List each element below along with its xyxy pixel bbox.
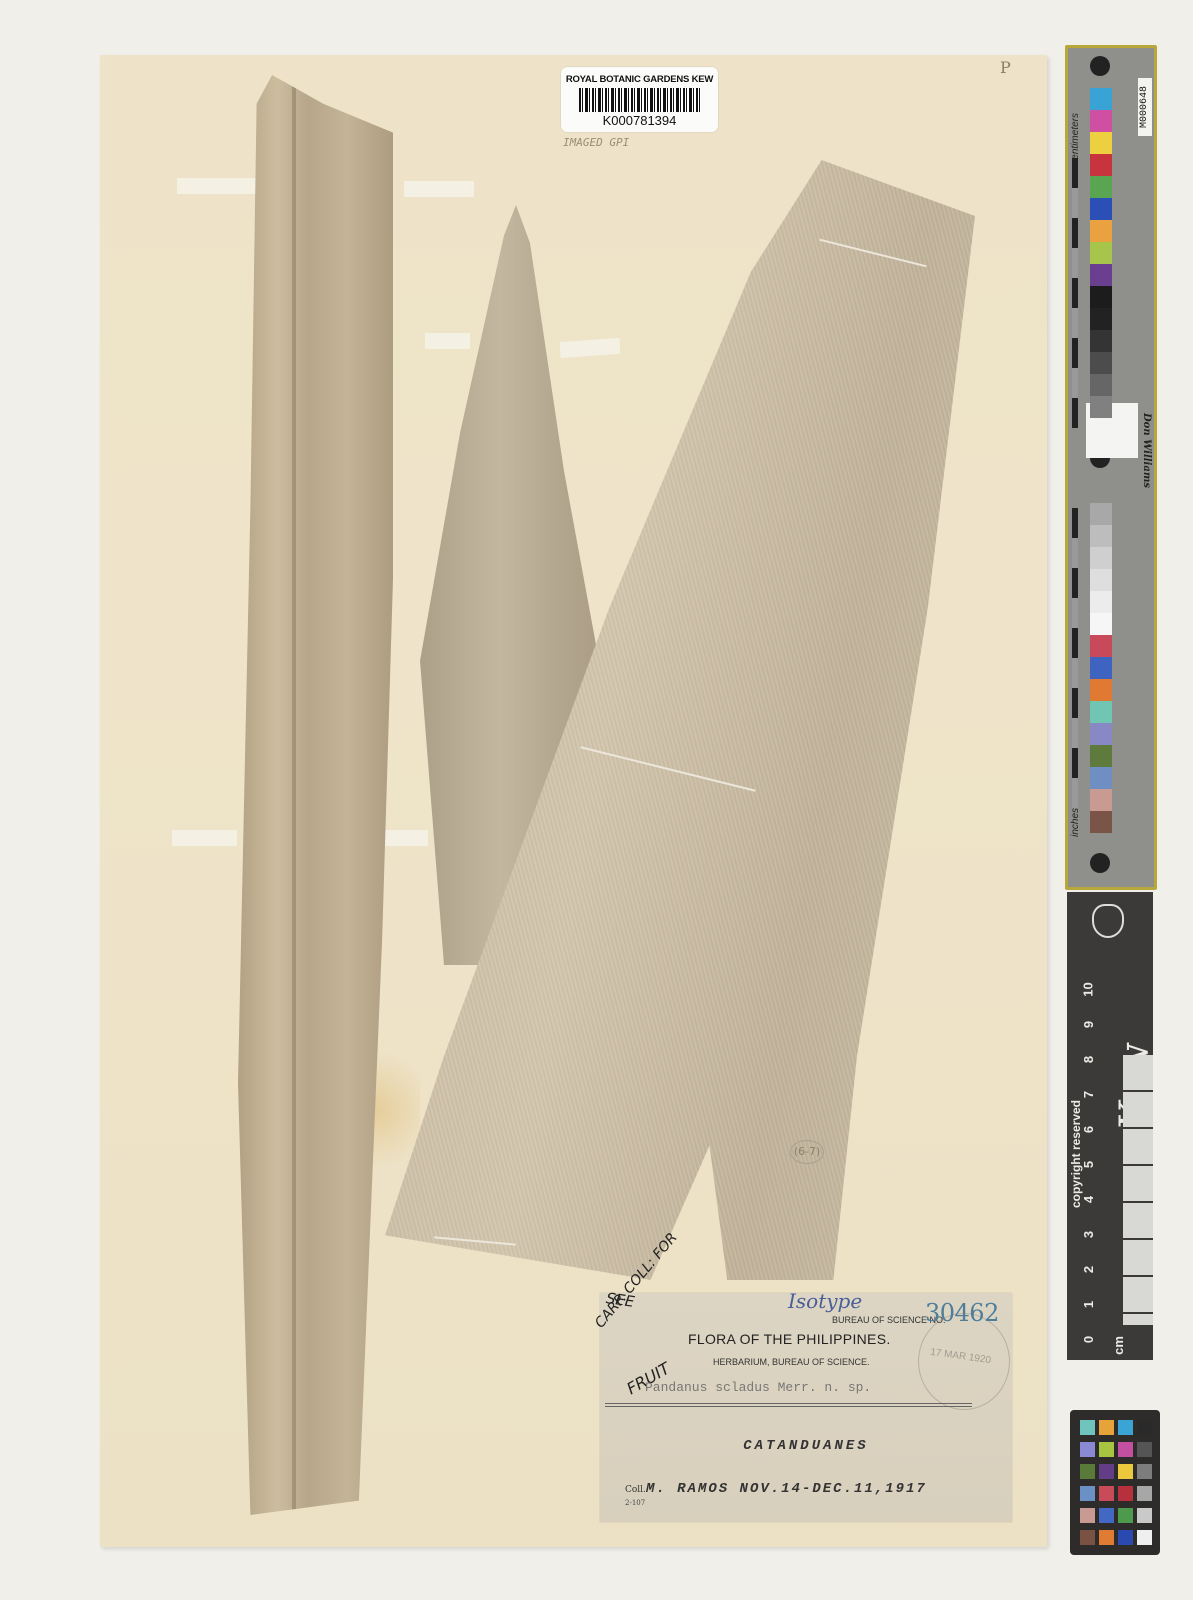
color-patch — [1090, 396, 1112, 418]
copyright-text: copyright reserved — [1069, 1100, 1083, 1208]
mounting-tape — [172, 830, 237, 846]
color-patch — [1090, 701, 1112, 723]
isotype-annotation: Isotype — [788, 1289, 862, 1313]
cm-scale — [1072, 158, 1078, 428]
tick-4: 4 — [1081, 1196, 1096, 1203]
checker-swatch — [1099, 1420, 1114, 1435]
tick-8: 8 — [1081, 1056, 1096, 1063]
color-patch — [1090, 132, 1112, 154]
checker-swatch — [1118, 1464, 1133, 1479]
kew-crest-icon — [1092, 904, 1124, 938]
color-patch — [1090, 569, 1112, 591]
card-hole — [1090, 56, 1110, 76]
color-patch — [1090, 286, 1112, 308]
taxon-name: Pandanus scladus Merr. n. sp. — [645, 1380, 871, 1395]
mini-color-checker — [1070, 1410, 1160, 1555]
tick-1: 1 — [1081, 1301, 1096, 1308]
checker-swatch — [1080, 1442, 1095, 1457]
tick-7: 7 — [1081, 1091, 1096, 1098]
tick-2: 2 — [1081, 1266, 1096, 1273]
color-patch — [1090, 547, 1112, 569]
checker-swatch — [1137, 1442, 1152, 1457]
barcode-label: ROYAL BOTANIC GARDENS KEW K000781394 — [561, 67, 718, 132]
checker-swatch — [1099, 1530, 1114, 1545]
color-patch — [1090, 679, 1112, 701]
specimen-label: 17 MAR 1920 SEE CARP. COLL: FOR FRUIT Is… — [600, 1293, 1012, 1522]
form-number: 2-107 — [625, 1499, 645, 1507]
checker-swatch — [1080, 1420, 1095, 1435]
label-rule — [605, 1403, 972, 1407]
kew-scale-ruler: Kew copyright reserved 0 1 2 3 4 5 6 7 8… — [1067, 892, 1153, 1360]
checker-swatch — [1118, 1486, 1133, 1501]
color-patch — [1090, 198, 1112, 220]
tick-6: 6 — [1081, 1126, 1096, 1133]
scale-blocks — [1123, 1055, 1153, 1325]
color-patch — [1090, 176, 1112, 198]
imaged-note: IMAGED GPI — [563, 136, 629, 149]
collector-and-date: M. RAMOS NOV.14-DEC.11,1917 — [646, 1481, 927, 1497]
checker-swatch — [1137, 1508, 1152, 1523]
color-patch — [1090, 657, 1112, 679]
color-patch — [1090, 88, 1112, 110]
color-patch — [1090, 308, 1112, 330]
color-patch — [1090, 723, 1112, 745]
label-subtitle: HERBARIUM, BUREAU OF SCIENCE. — [713, 1357, 870, 1367]
label-title: FLORA OF THE PHILIPPINES. — [688, 1331, 891, 1347]
tick-3: 3 — [1081, 1231, 1096, 1238]
checker-swatch — [1118, 1442, 1133, 1457]
color-patch — [1090, 503, 1112, 525]
inches-label: inches — [1070, 808, 1081, 837]
card-hole — [1090, 853, 1110, 873]
checker-swatch — [1080, 1464, 1095, 1479]
checker-swatch — [1099, 1508, 1114, 1523]
checker-swatch — [1137, 1464, 1152, 1479]
color-patch — [1090, 264, 1112, 286]
color-calibration-card: centimeters inches M000648 Don Williams — [1065, 45, 1157, 890]
inch-scale — [1072, 508, 1078, 808]
color-patch — [1090, 154, 1112, 176]
tick-9: 9 — [1081, 1021, 1096, 1028]
card-brand: Don Williams — [1141, 413, 1152, 488]
mounting-tape — [380, 830, 428, 846]
checker-swatch — [1080, 1486, 1095, 1501]
checker-swatch — [1137, 1420, 1152, 1435]
tick-10: 10 — [1081, 982, 1096, 996]
accession-number: 30462 — [925, 1299, 999, 1327]
institution-name: ROYAL BOTANIC GARDENS KEW — [561, 74, 718, 85]
color-patch — [1090, 767, 1112, 789]
checker-swatch — [1137, 1486, 1152, 1501]
checker-swatch — [1118, 1530, 1133, 1545]
color-patch — [1090, 635, 1112, 657]
color-patch — [1090, 374, 1112, 396]
tick-5: 5 — [1081, 1161, 1096, 1168]
color-patch — [1090, 110, 1112, 132]
barcode-icon — [579, 88, 701, 112]
checker-swatch — [1118, 1420, 1133, 1435]
color-patch — [1090, 789, 1112, 811]
checker-swatch — [1080, 1530, 1095, 1545]
color-patch — [1090, 242, 1112, 264]
locality: CATANDUANES — [600, 1438, 1012, 1454]
barcode-number: K000781394 — [561, 113, 718, 128]
color-patch — [1090, 745, 1112, 767]
color-patch — [1090, 591, 1112, 613]
checker-swatch — [1118, 1508, 1133, 1523]
collector-prefix: Coll. — [625, 1485, 646, 1495]
color-patch — [1090, 613, 1112, 635]
checker-swatch — [1099, 1442, 1114, 1457]
mounting-tape — [404, 181, 474, 197]
color-patch — [1090, 525, 1112, 547]
color-patch — [1090, 220, 1112, 242]
unit-label: cm — [1111, 1336, 1126, 1355]
checker-swatch — [1080, 1508, 1095, 1523]
checker-swatch — [1137, 1530, 1152, 1545]
centimeters-label: centimeters — [1070, 113, 1081, 165]
tick-0: 0 — [1081, 1336, 1096, 1343]
checker-swatch — [1099, 1464, 1114, 1479]
checker-swatch — [1099, 1486, 1114, 1501]
color-patch — [1090, 352, 1112, 374]
color-patch — [1090, 330, 1112, 352]
mounting-tape — [425, 333, 470, 349]
pencil-annotation: (6-7) — [790, 1140, 824, 1164]
card-id: M000648 — [1138, 78, 1152, 136]
collector-line: Coll.M. RAMOS NOV.14-DEC.11,1917 — [625, 1481, 927, 1497]
corner-mark: P — [1000, 58, 1011, 77]
color-patch — [1090, 811, 1112, 833]
